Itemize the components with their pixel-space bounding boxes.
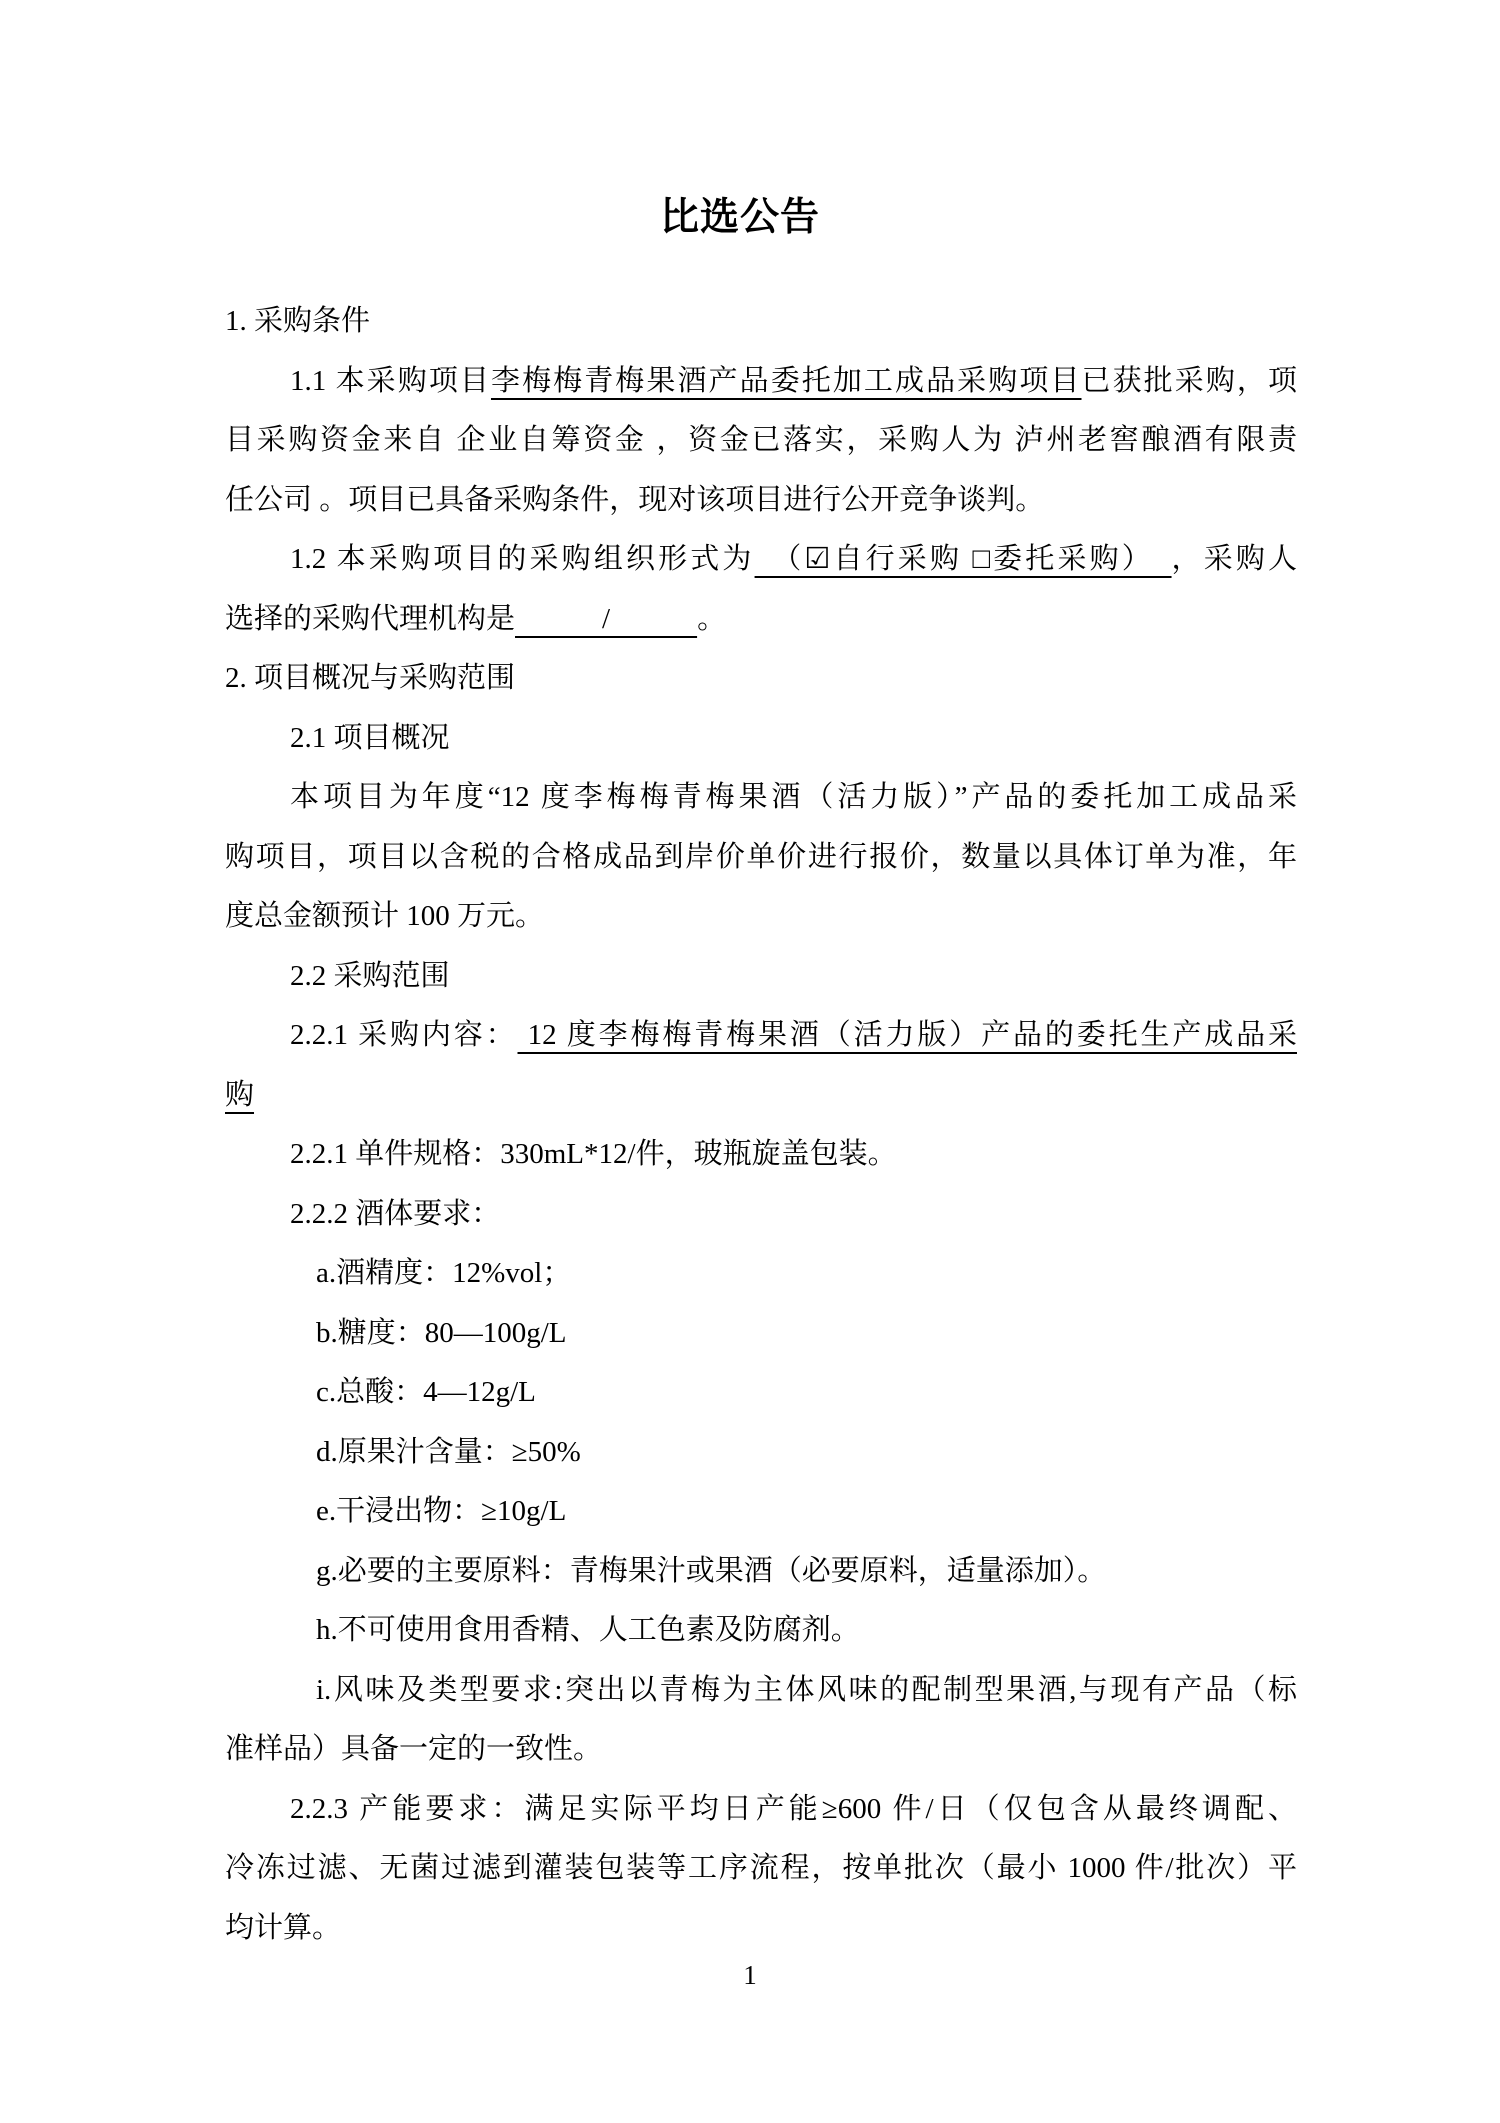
document-line: 1.1 本采购项目李梅梅青梅果酒产品委托加工成品采购项目已获批采购，项 [290,363,1297,399]
underlined-text-run: 李梅梅青梅果酒产品委托加工成品采购项目 [491,365,1082,397]
document-line: 2.2.1 单件规格：330mL*12/件，玻瓶旋盖包装。 [290,1136,897,1172]
text-run: c.总酸：4—12g/L [316,1376,536,1408]
document-line: 2.2.1 采购内容： 12 度李梅梅青梅果酒（活力版）产品的委托生产成品采 [290,1017,1297,1053]
text-run: 2.2.2 酒体要求： [290,1198,500,1230]
text-run: 目采购资金来自 企业自筹资金 ，资金已落实，采购人为 泸州老窖酿酒有限责 [225,424,1297,456]
document-line: a.酒精度：12%vol； [316,1255,571,1291]
text-run: 2.2.1 单件规格：330mL*12/件，玻瓶旋盖包装。 [290,1138,897,1170]
underlined-text-run: 购 [225,1079,254,1111]
text-run: 1. 采购条件 [225,305,370,337]
underlined-text-run: / [515,603,697,635]
document-line: 度总金额预计 100 万元。 [225,898,544,934]
text-run: 2. 项目概况与采购范围 [225,662,515,694]
document-line: 2.2.2 酒体要求： [290,1196,500,1232]
text-run: i.风味及类型要求:突出以青梅为主体风味的配制型果酒,与现有产品（标 [316,1674,1297,1706]
text-run: 冷冻过滤、无菌过滤到灌装包装等工序流程，按单批次（最小 1000 件/批次）平 [225,1852,1297,1884]
text-run: 均计算。 [225,1912,341,1944]
text-run: g.必要的主要原料：青梅果汁或果酒（必要原料，适量添加）。 [316,1555,1106,1587]
document-line: 任公司 。项目已具备采购条件，现对该项目进行公开竞争谈判。 [225,482,1044,518]
document-line: 均计算。 [225,1910,341,1946]
document-line: 2. 项目概况与采购范围 [225,660,515,696]
text-run: 2.2.1 采购内容： [290,1019,518,1051]
document-line: 冷冻过滤、无菌过滤到灌装包装等工序流程，按单批次（最小 1000 件/批次）平 [225,1850,1297,1886]
document-line: 选择的采购代理机构是 / 。 [225,601,726,637]
document-line: 购 [225,1077,254,1113]
text-run: 购项目，项目以含税的合格成品到岸价单价进行报价，数量以具体订单为准，年 [225,841,1297,873]
text-run: h.不可使用食用香精、人工色素及防腐剂。 [316,1614,860,1646]
text-run: b.糖度：80—100g/L [316,1317,567,1349]
text-run: 1.2 本采购项目的采购组织形式为 [290,543,755,575]
document-line: 2.1 项目概况 [290,720,450,756]
text-run: 。 [697,603,726,635]
text-run: e.干浸出物：≥10g/L [316,1495,566,1527]
document-line: 目采购资金来自 企业自筹资金 ，资金已落实，采购人为 泸州老窖酿酒有限责 [225,422,1297,458]
document-line: h.不可使用食用香精、人工色素及防腐剂。 [316,1612,860,1648]
text-run: 2.1 项目概况 [290,722,450,754]
page-number: 1 [0,1958,1500,1992]
text-run: 选择的采购代理机构是 [225,603,515,635]
document-line: 1. 采购条件 [225,303,370,339]
document-line: i.风味及类型要求:突出以青梅为主体风味的配制型果酒,与现有产品（标 [316,1672,1297,1708]
document-page: 比选公告 1. 采购条件1.1 本采购项目李梅梅青梅果酒产品委托加工成品采购项目… [0,0,1500,2123]
text-run: ，采购人 [1172,543,1297,575]
document-line: 本项目为年度“12 度李梅梅青梅果酒（活力版）”产品的委托加工成品采 [290,779,1297,815]
document-line: 2.2.3 产能要求：满足实际平均日产能≥600 件/日（仅包含从最终调配、 [290,1791,1297,1827]
text-run: 任公司 。项目已具备采购条件，现对该项目进行公开竞争谈判。 [225,484,1044,516]
document-title: 比选公告 [0,194,1480,242]
document-line: 购项目，项目以含税的合格成品到岸价单价进行报价，数量以具体订单为准，年 [225,839,1297,875]
text-run: 度总金额预计 100 万元。 [225,900,544,932]
text-run: 准样品）具备一定的一致性。 [225,1733,602,1765]
document-line: b.糖度：80—100g/L [316,1315,567,1351]
text-run: 1.1 本采购项目 [290,365,491,397]
document-line: 准样品）具备一定的一致性。 [225,1731,602,1767]
underlined-text-run: 12 度李梅梅青梅果酒（活力版）产品的委托生产成品采 [518,1019,1297,1051]
underlined-text-run: （☑自行采购 □委托采购） [755,543,1172,575]
text-run: 已获批采购，项 [1082,365,1297,397]
document-line: c.总酸：4—12g/L [316,1374,536,1410]
document-line: e.干浸出物：≥10g/L [316,1493,566,1529]
text-run: 2.2 采购范围 [290,960,450,992]
document-line: d.原果汁含量：≥50% [316,1434,581,1470]
text-run: 2.2.3 产能要求：满足实际平均日产能≥600 件/日（仅包含从最终调配、 [290,1793,1297,1825]
document-line: 1.2 本采购项目的采购组织形式为 （☑自行采购 □委托采购） ，采购人 [290,541,1297,577]
document-line: 2.2 采购范围 [290,958,450,994]
document-line: g.必要的主要原料：青梅果汁或果酒（必要原料，适量添加）。 [316,1553,1106,1589]
text-run: d.原果汁含量：≥50% [316,1436,581,1468]
text-run: a.酒精度：12%vol； [316,1257,571,1289]
text-run: 本项目为年度“12 度李梅梅青梅果酒（活力版）”产品的委托加工成品采 [290,781,1297,813]
